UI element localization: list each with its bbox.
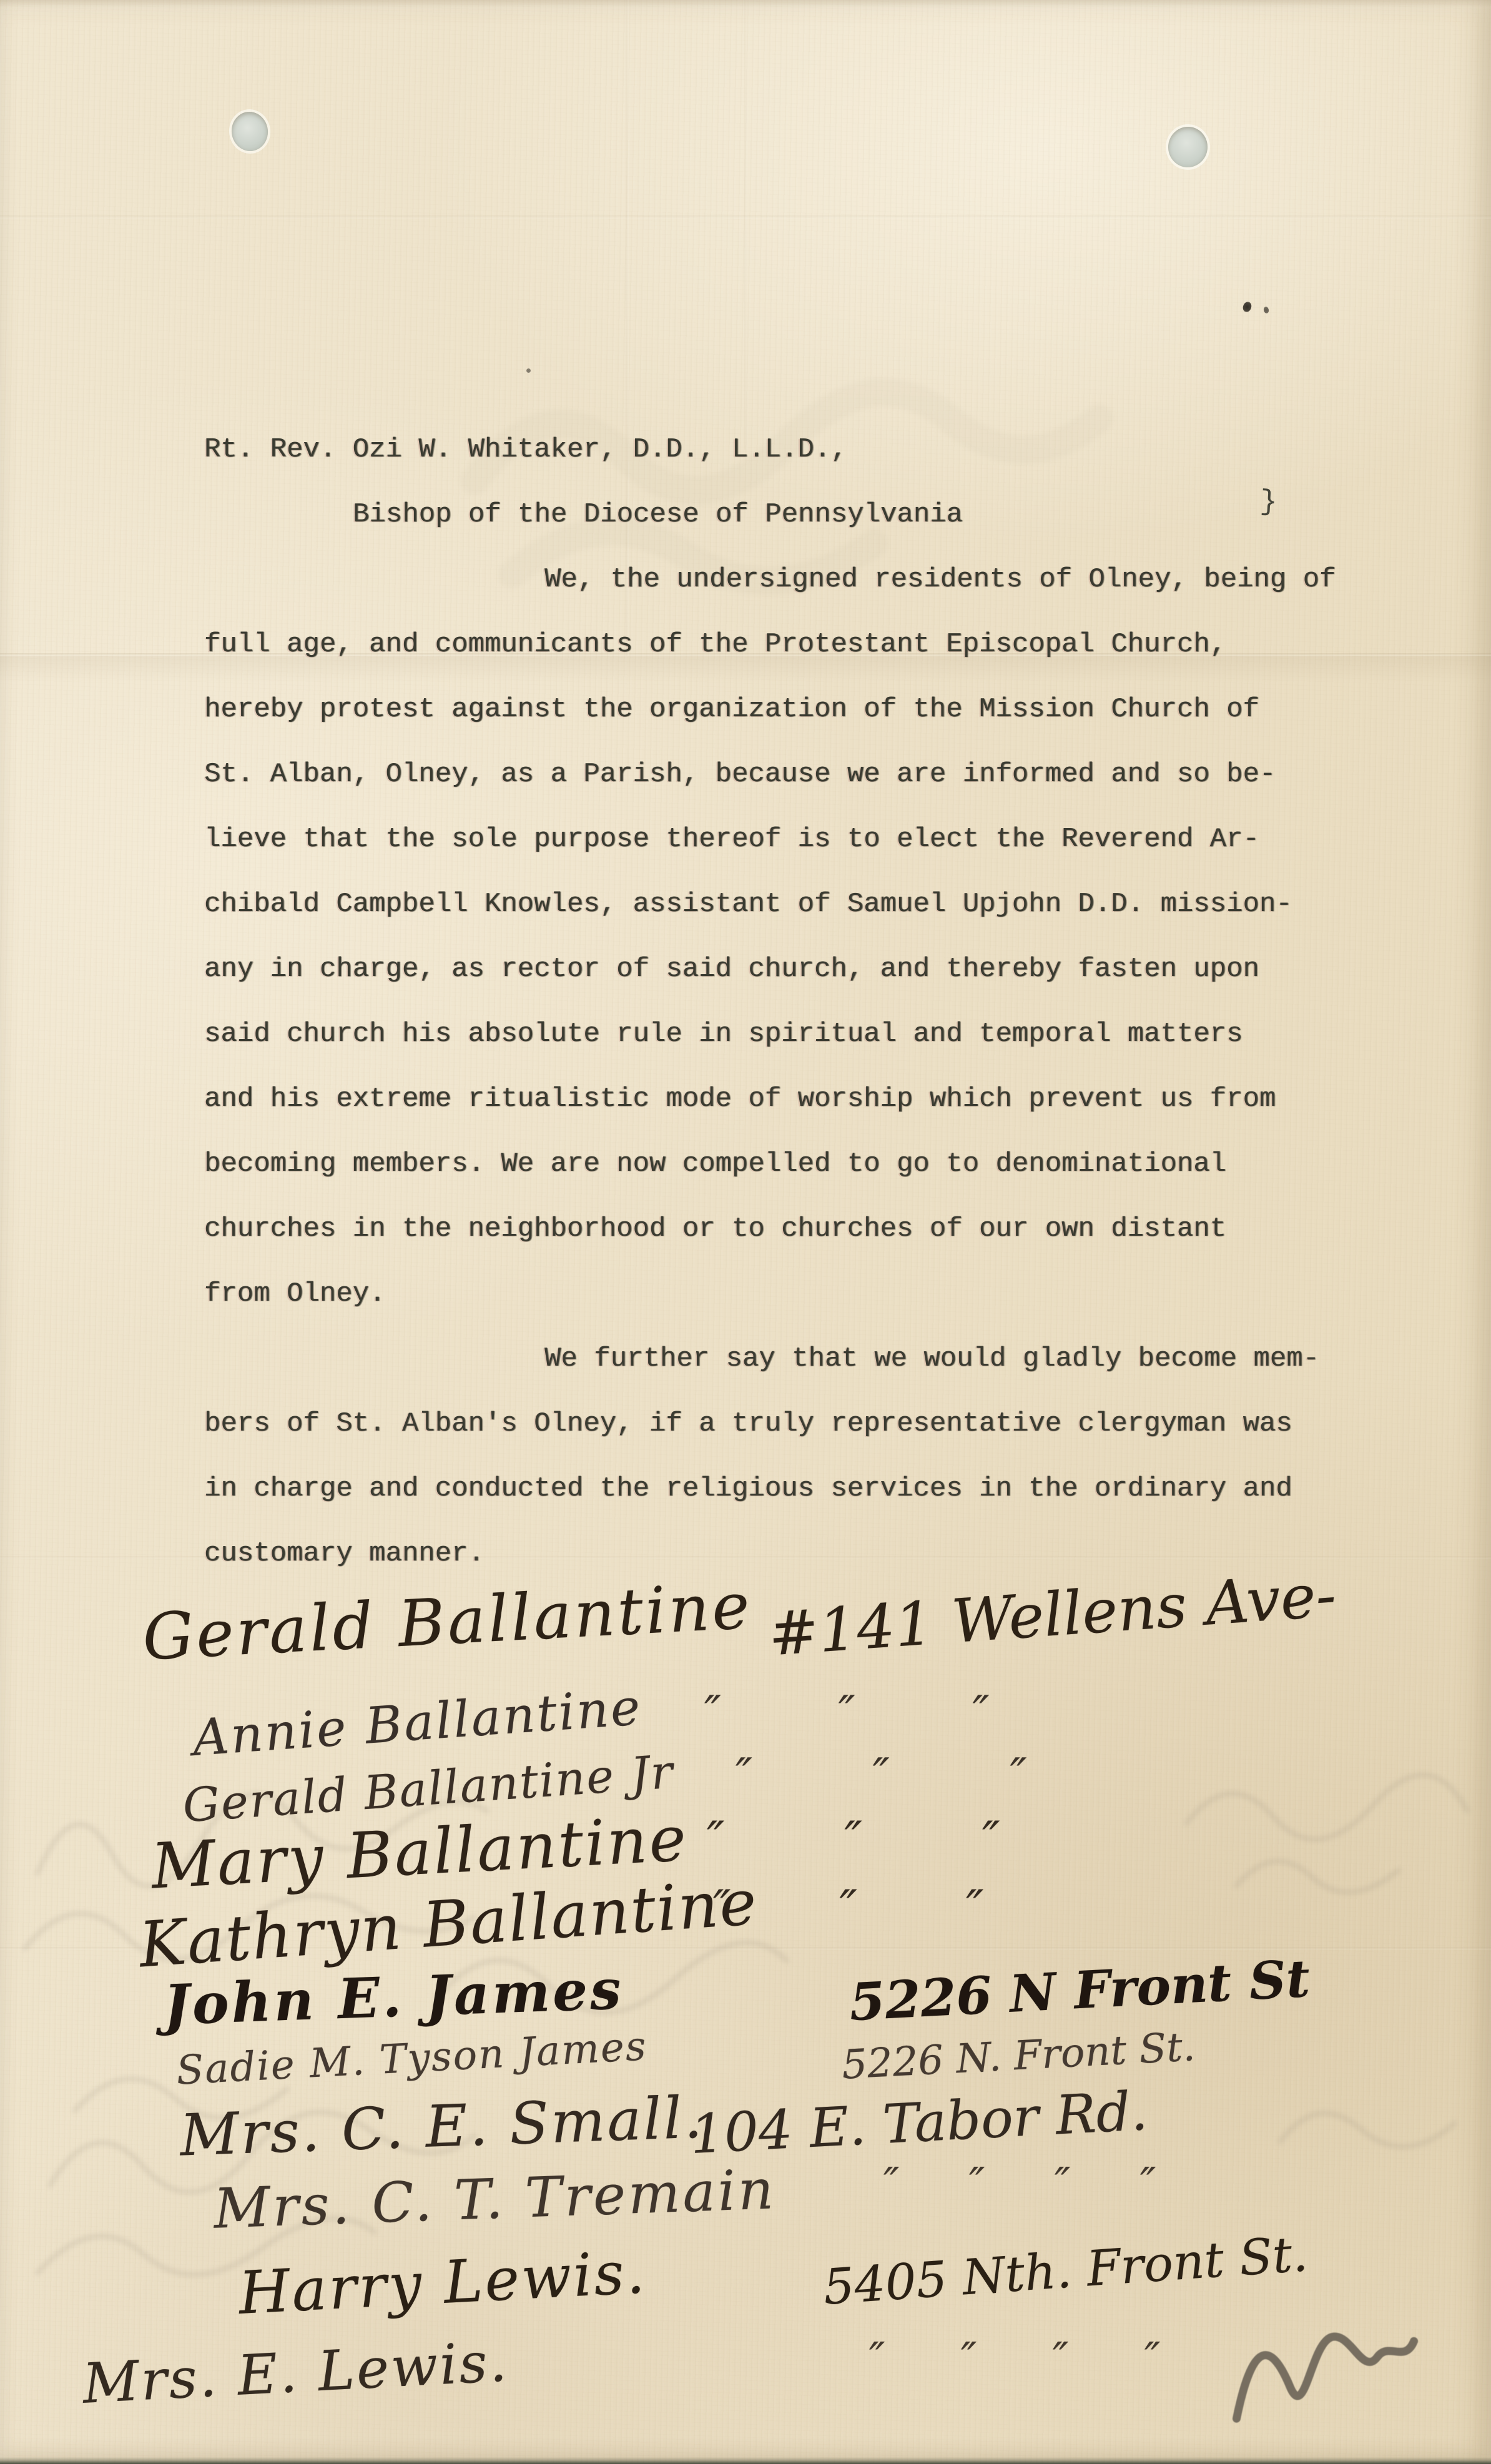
paragraph1-line: We, the undersigned residents of Olney, … (204, 547, 1336, 612)
stray-bracket-mark: } (1259, 485, 1278, 518)
paragraph2-line: We further say that we would gladly beco… (204, 1326, 1336, 1391)
signature-name: Mrs. E. Lewis. (81, 2329, 510, 2416)
recipient-line-1: Rt. Rev. Ozi W. Whitaker, D.D., L.L.D., (204, 417, 1336, 482)
typed-letter-body: Rt. Rev. Ozi W. Whitaker, D.D., L.L.D., … (204, 417, 1336, 1586)
fold-crease-vertical-right (744, 0, 747, 450)
ink-speck (526, 368, 531, 373)
paragraph1-line: from Olney. (204, 1261, 1336, 1326)
scan-edge-top (0, 0, 1491, 7)
signature-address-ditto: ″ ″ ″ (713, 1880, 983, 1935)
signature-address: 5405 Nth. Front St. (822, 2226, 1309, 2316)
scan-edge-bottom (0, 2457, 1491, 2464)
signature-name: Mrs. C. T. Tremain (212, 2157, 777, 2240)
ink-speck (1241, 300, 1252, 313)
signature-address-ditto: ″ ″ ″ (704, 1686, 989, 1738)
paragraph1-line: lieve that the sole purpose thereof is t… (204, 807, 1336, 872)
scanned-letter-page: Rt. Rev. Ozi W. Whitaker, D.D., L.L.D., … (0, 0, 1491, 2464)
paragraph1-line: churches in the neighborhood or to churc… (204, 1196, 1336, 1261)
paragraph2-line: in charge and conducted the religious se… (204, 1456, 1336, 1521)
paragraph1-line: St. Alban, Olney, as a Parish, because w… (204, 742, 1336, 807)
paragraph1-line: full age, and communicants of the Protes… (204, 612, 1336, 677)
punch-hole-right (1166, 125, 1209, 169)
paragraph1-line: and his extreme ritualistic mode of wors… (204, 1067, 1336, 1131)
paragraph1-line: chibald Campbell Knowles, assistant of S… (204, 872, 1336, 937)
signature-address: 5226 N Front St (848, 1949, 1311, 2033)
paragraph1-line: becoming members. We are now compelled t… (204, 1131, 1336, 1196)
signature-name: Mrs. C. E. Small. (179, 2084, 705, 2169)
signature-address: 104 E. Tabor Rd. (689, 2080, 1149, 2166)
punch-hole-left (229, 109, 270, 153)
pencil-scribble-initials (1214, 2289, 1438, 2450)
paragraph1-line: said church his absolute rule in spiritu… (204, 1002, 1336, 1067)
signature-address-ditto: ″ ″ ″ (736, 1748, 1026, 1801)
signature-address-ditto: ″ ″ ″ (707, 1811, 1000, 1866)
paragraph1-line: any in charge, as rector of said church,… (204, 937, 1336, 1002)
signature-address-ditto: ″ ″ ″ ″ (869, 2334, 1160, 2383)
signature-address-ditto: ″ ″ ″ ″ (883, 2159, 1156, 2209)
signature-name: Harry Lewis. (237, 2239, 648, 2328)
ink-speck (1263, 306, 1269, 313)
signature-address: 5226 N. Front St. (840, 2024, 1196, 2089)
paragraph1-line: hereby protest against the organization … (204, 677, 1336, 742)
recipient-line-2: Bishop of the Diocese of Pennsylvania (204, 482, 1336, 547)
paragraph2-line: bers of St. Alban's Olney, if a truly re… (204, 1391, 1336, 1456)
